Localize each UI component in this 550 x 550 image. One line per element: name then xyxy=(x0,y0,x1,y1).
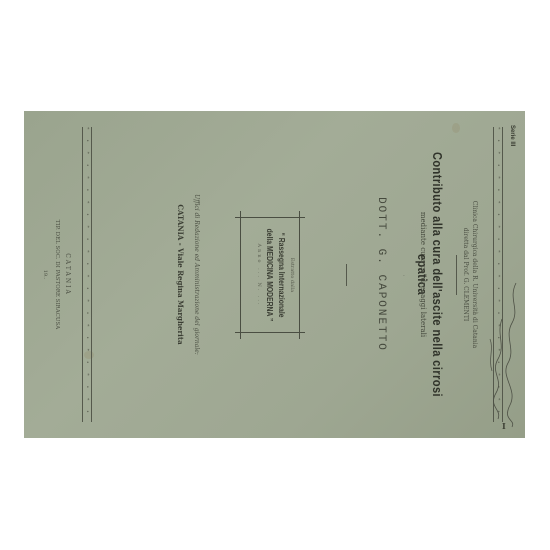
rotated-page: Serie III * • * • * • * • * • * • * • * … xyxy=(24,111,525,438)
extract-box: Estratto dalla “ Rassegna Internazionale… xyxy=(240,211,300,339)
city-imprint: CATANIA xyxy=(64,111,71,438)
series-label: Serie III xyxy=(509,125,515,146)
address-line: CATANIA - Viale Regina Margherita xyxy=(176,111,185,438)
ornament-divider xyxy=(346,264,347,286)
box-line-1: Estratto dalla xyxy=(289,211,295,339)
document-subtitle: mediante cura co' drenaggi laterali xyxy=(419,111,427,438)
printer-imprint: TIP. DEL SOC. DI PASTORE SIRACUSA xyxy=(54,111,60,438)
small-mark: ' xyxy=(399,275,405,276)
author-name: DOTT. G. CAPONETTO xyxy=(375,111,387,438)
box-line-4: Anno ... N. ... xyxy=(256,211,262,339)
page-mark: I xyxy=(502,421,506,431)
year-imprint: 19.. xyxy=(42,111,48,438)
handwritten-note xyxy=(486,279,524,429)
header-line-2: diretta dal Prof. G. CLEMENTI xyxy=(461,111,470,438)
offices-line: Uffici di Redazione ed Amministrazione d… xyxy=(193,111,200,438)
decorative-border-bottom: * • * • * • * • * • * • * • * • * • * • … xyxy=(82,127,92,422)
document-sheet: Serie III * • * • * • * • * • * • * • * … xyxy=(24,111,525,438)
divider-rule xyxy=(456,255,457,295)
box-line-2: “ Rassegna Internazionale xyxy=(277,221,286,330)
header-line-1: Clinica Chirurgica della R. Università d… xyxy=(470,111,479,438)
handwriting-scribble-icon xyxy=(486,279,524,429)
institution-header: Clinica Chirurgica della R. Università d… xyxy=(461,111,479,438)
box-line-3: della MEDICINA MODERNA ” xyxy=(265,221,274,330)
